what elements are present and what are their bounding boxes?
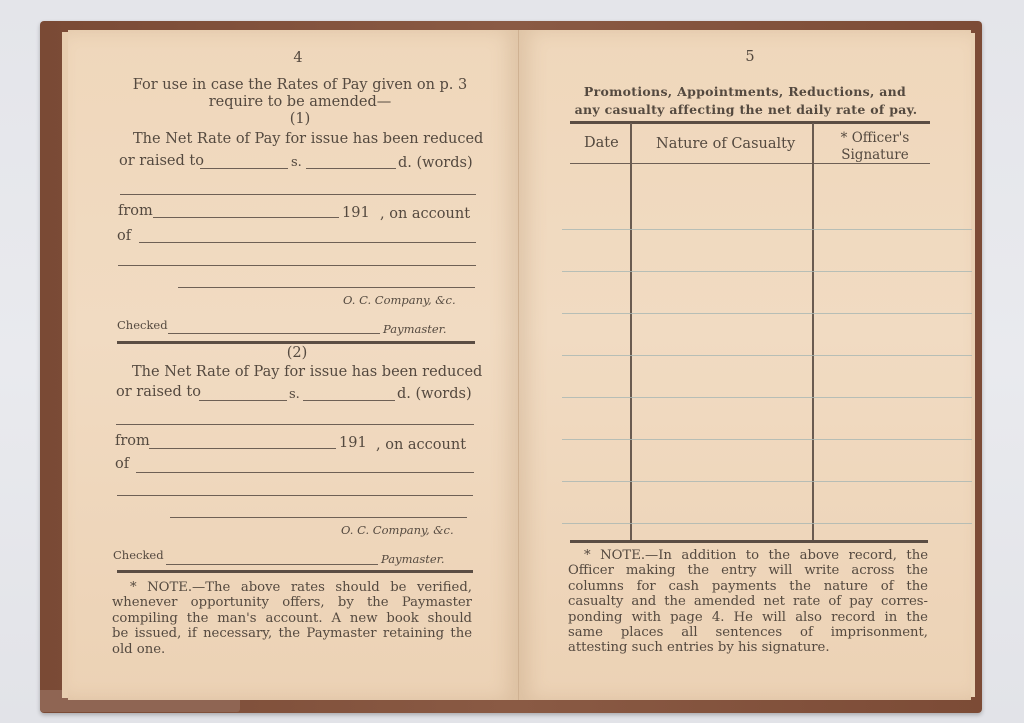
from-label: from — [118, 203, 153, 219]
year-prefix: 191 — [342, 205, 370, 221]
right-note: * NOTE.—In addition to the above record,… — [568, 548, 928, 656]
table-top-rule — [570, 121, 930, 124]
note-line: casualty and the amended net rate of pay… — [568, 594, 928, 609]
paymaster-label: Paymaster. — [383, 322, 447, 336]
words-field[interactable] — [120, 194, 476, 195]
note-line: * NOTE.—In addition to the above record,… — [568, 548, 928, 563]
on-account-label: , on account — [376, 437, 466, 453]
note-line: Officer making the entry will write acro… — [568, 563, 928, 578]
table-row[interactable] — [562, 229, 972, 230]
section-line1: The Net Rate of Pay for issue has been r… — [133, 131, 483, 147]
checked-signature-field[interactable] — [166, 564, 378, 565]
raised-to-label: or raised to — [119, 153, 204, 169]
note-line: * NOTE.—The above rates should be verifi… — [112, 580, 472, 595]
account-reason-field-2[interactable] — [117, 495, 473, 496]
page-number-left: 4 — [248, 50, 348, 66]
note-line: columns for cash payments the nature of … — [568, 579, 928, 594]
pence-field[interactable] — [303, 400, 395, 401]
column-header-signature: Signature — [820, 147, 930, 163]
section-divider — [117, 341, 475, 344]
account-reason-field-2[interactable] — [118, 265, 476, 266]
from-date-field[interactable] — [149, 448, 336, 449]
table-row[interactable] — [562, 271, 972, 272]
table-row[interactable] — [562, 481, 972, 482]
checked-signature-field[interactable] — [168, 333, 380, 334]
from-date-field[interactable] — [153, 217, 339, 218]
pence-field[interactable] — [306, 168, 396, 169]
shillings-label: s. — [289, 387, 300, 402]
note-line: old one. — [112, 642, 472, 657]
table-row[interactable] — [562, 439, 972, 440]
raised-to-label: or raised to — [116, 384, 201, 400]
words-field[interactable] — [116, 424, 474, 425]
account-reason-field[interactable] — [136, 472, 474, 473]
section-line1: The Net Rate of Pay for issue has been r… — [132, 364, 482, 380]
from-label: from — [115, 433, 150, 449]
table-row[interactable] — [562, 355, 972, 356]
table-bottom-rule — [570, 540, 928, 543]
section-number: (2) — [247, 345, 347, 361]
of-label: of — [115, 456, 129, 472]
column-header-date: Date — [584, 135, 619, 151]
note-line: same places all sentences of imprisonmen… — [568, 625, 928, 640]
section-divider — [117, 570, 473, 573]
column-header-nature: Nature of Casualty — [656, 136, 795, 152]
shillings-field[interactable] — [199, 400, 287, 401]
table-header-rule — [570, 163, 930, 164]
table-row[interactable] — [562, 313, 972, 314]
year-prefix: 191 — [339, 435, 367, 451]
table-row[interactable] — [562, 397, 972, 398]
shillings-label: s. — [291, 155, 302, 170]
section-number: (1) — [250, 111, 350, 127]
left-heading-line2: require to be amended— — [110, 94, 490, 110]
note-line: be issued, if necessary, the Paymaster r… — [112, 626, 472, 641]
signatory-label: O. C. Company, &c. — [341, 523, 454, 537]
checked-label: Checked — [113, 548, 164, 562]
on-account-label: , on account — [380, 206, 470, 222]
table-row[interactable] — [562, 523, 972, 524]
of-label: of — [117, 228, 131, 244]
signature-field[interactable] — [170, 517, 467, 518]
column-header-officer: * Officer's — [820, 130, 930, 146]
note-line: ponding with page 4. He will also record… — [568, 610, 928, 625]
right-heading-line1: Promotions, Appointments, Reductions, an… — [560, 84, 930, 99]
note-line: whenever opportunity offers, by the Paym… — [112, 595, 472, 610]
left-note: * NOTE.—The above rates should be verifi… — [112, 580, 472, 657]
left-heading-line1: For use in case the Rates of Pay given o… — [110, 77, 490, 93]
note-line: attesting such entries by his signature. — [568, 640, 928, 655]
checked-label: Checked — [117, 318, 168, 332]
note-line: compiling the man's account. A new book … — [112, 611, 472, 626]
pence-label: d. (words) — [398, 155, 473, 171]
page-number-right: 5 — [700, 49, 800, 65]
column-divider — [630, 123, 632, 540]
signatory-label: O. C. Company, &c. — [343, 293, 456, 307]
shillings-field[interactable] — [200, 168, 288, 169]
signature-field[interactable] — [178, 287, 475, 288]
pence-label: d. (words) — [397, 386, 472, 402]
account-reason-field[interactable] — [139, 242, 476, 243]
paymaster-label: Paymaster. — [381, 552, 445, 566]
right-heading-line2: any casualty affecting the net daily rat… — [560, 102, 932, 117]
column-divider — [812, 123, 814, 540]
